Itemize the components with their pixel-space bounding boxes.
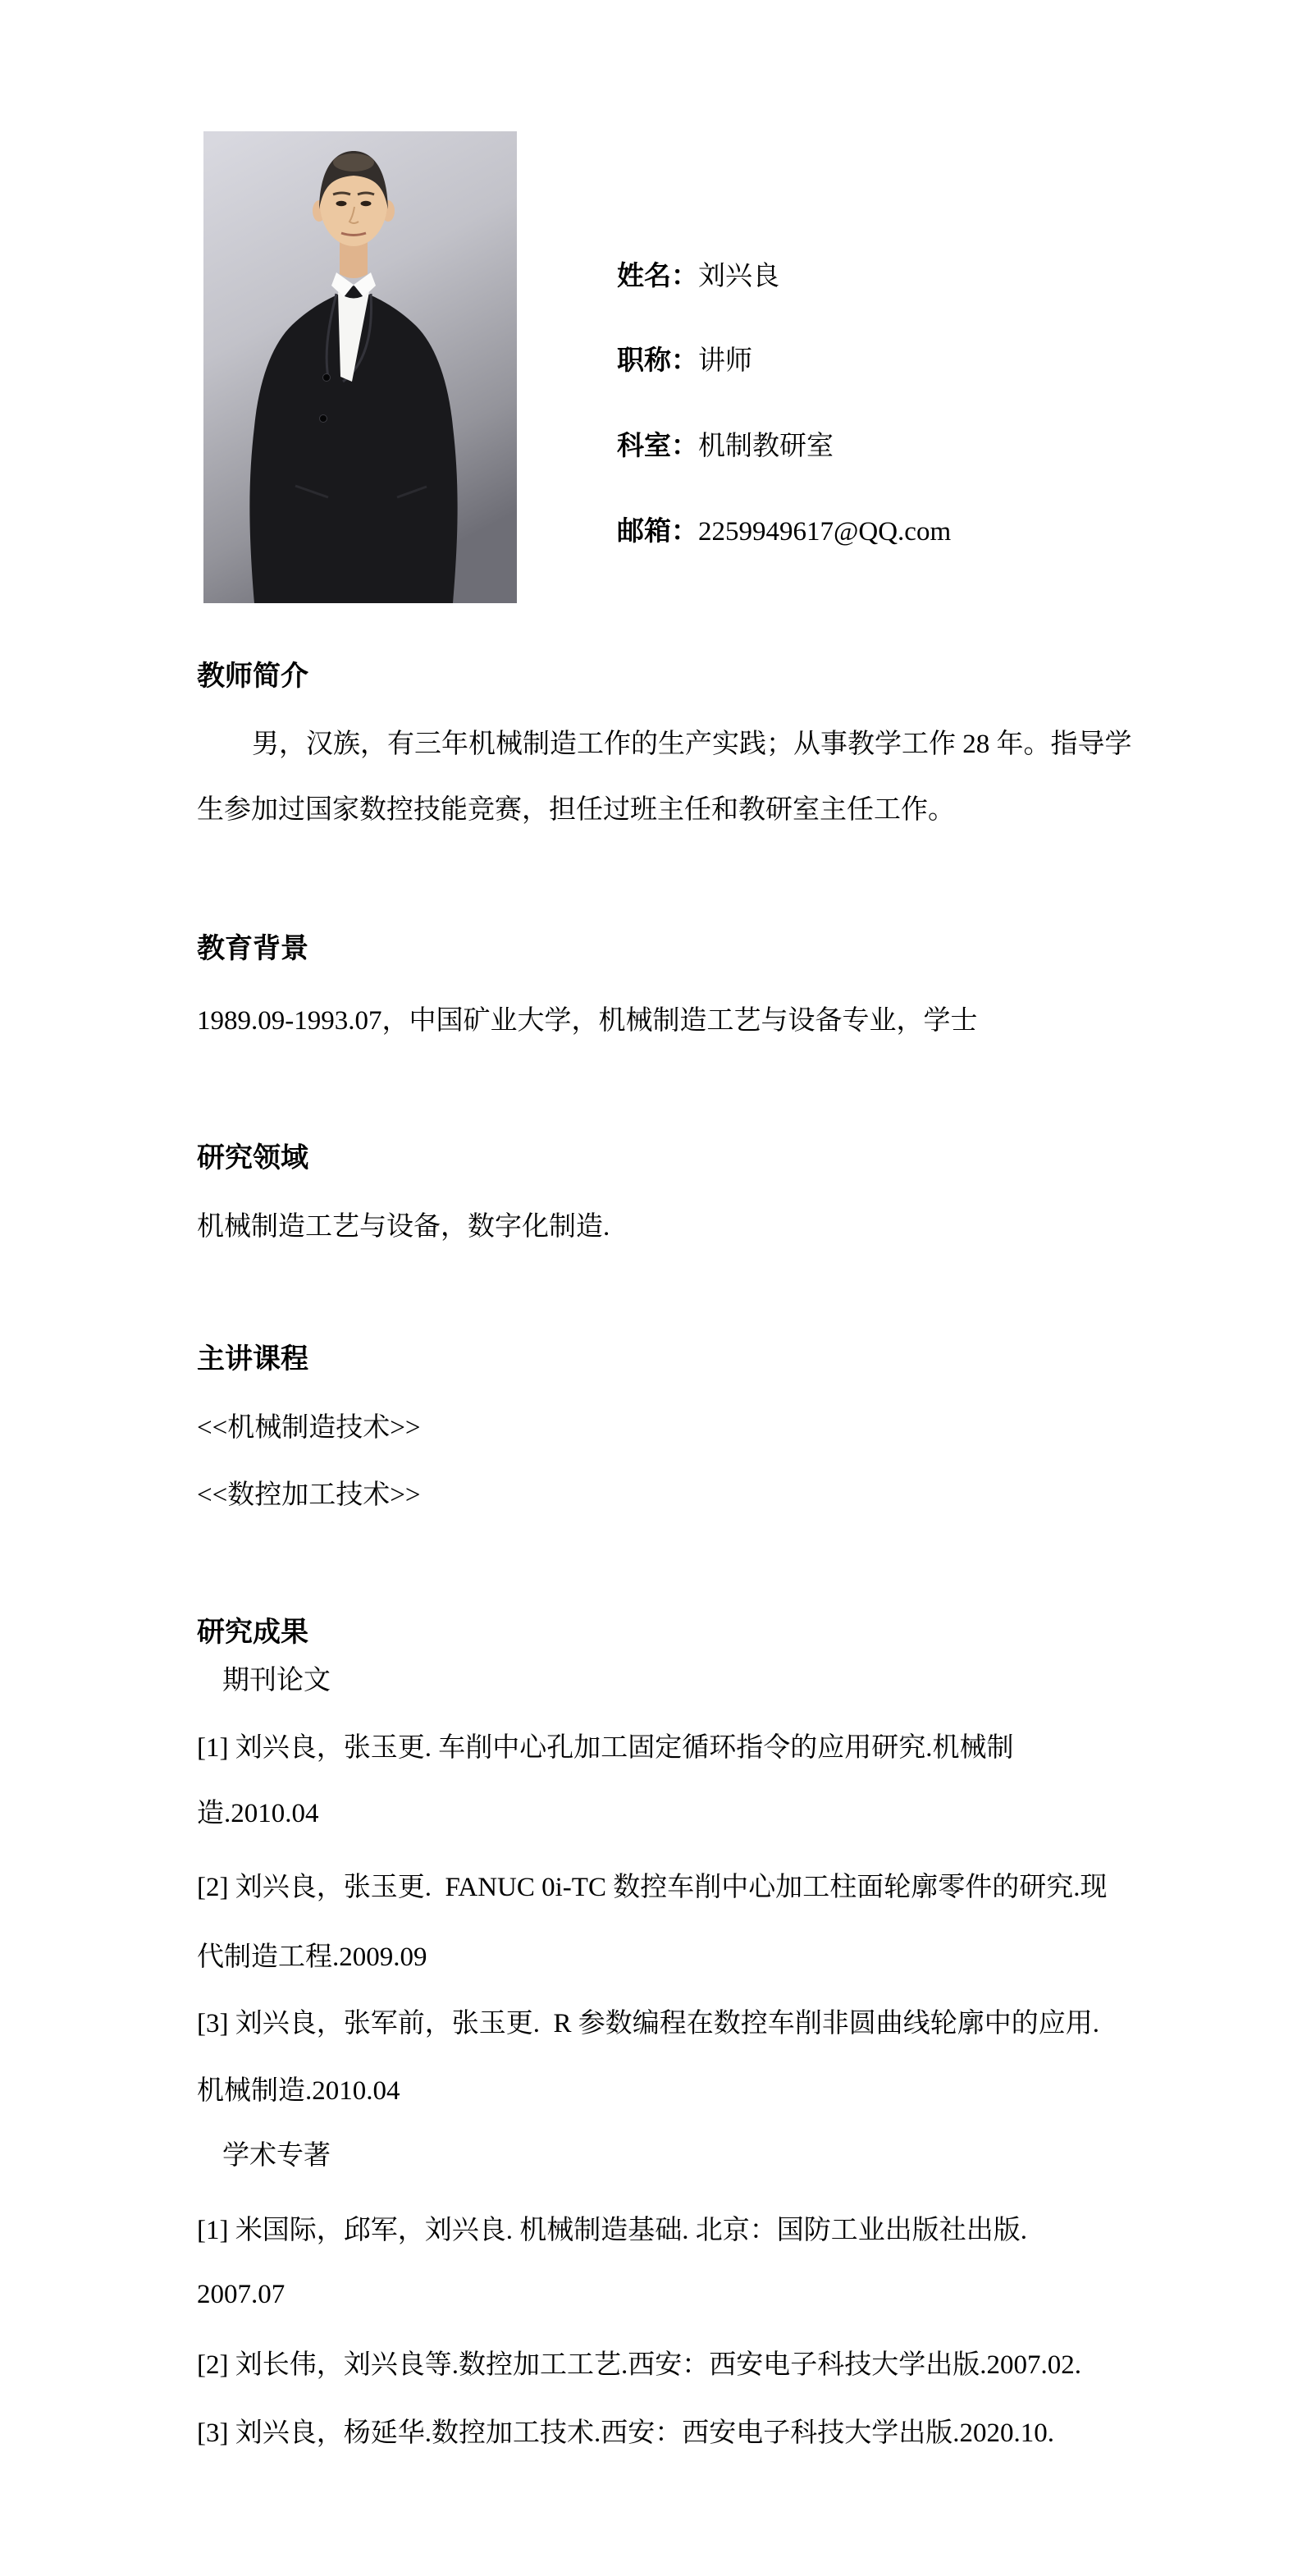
name-separator: ： (671, 262, 698, 291)
book-1-line-1: [1] 米国际，邱军，刘兴良. 机械制造基础. 北京：国防工业出版社出版. (197, 2198, 1027, 2263)
journal-paper-1-line-1: [1] 刘兴良，张玉更. 车削中心孔加工固定循环指令的应用研究.机械制 (197, 1715, 1013, 1781)
title-label: 职称 (617, 346, 671, 376)
journal-paper-2-line-1: [2] 刘兴良，张玉更. FANUC 0i-TC 数控车削中心加工柱面轮廓零件的… (197, 1855, 1107, 1920)
title-value: 讲师 (698, 346, 752, 376)
section-title-intro: 教师简介 (197, 644, 308, 710)
eye-right (361, 201, 372, 206)
teacher-portrait-photo (203, 131, 517, 603)
name-label: 姓名 (617, 262, 671, 291)
teacher-profile-page: 姓名：刘兴良 职称：讲师 科室：机制教研室 邮箱：2259949617@QQ.c… (0, 0, 1302, 2576)
section-title-research: 研究领域 (197, 1126, 308, 1192)
book-3-line-1: [3] 刘兴良，杨延华.数控加工技术.西安：西安电子科技大学出版.2020.10… (197, 2400, 1054, 2466)
education-line-1: 1989.09-1993.07，中国矿业大学，机械制造工艺与设备专业，学士 (197, 988, 978, 1054)
research-line-1: 机械制造工艺与设备，数字化制造. (197, 1194, 610, 1260)
portrait-illustration (203, 131, 517, 603)
course-line-1: <<机械制造技术>> (197, 1395, 420, 1461)
info-row-title: 职称：讲师 (617, 328, 752, 394)
journal-paper-2-line-2: 代制造工程.2009.09 (197, 1924, 427, 1990)
book-1-line-2: 2007.07 (197, 2262, 285, 2327)
email-separator: ： (671, 517, 698, 547)
intro-line-2: 生参加过国家数控技能竞赛，担任过班主任和教研室主任工作。 (197, 777, 955, 843)
info-row-name: 姓名：刘兴良 (617, 244, 779, 309)
course-line-2: <<数控加工技术>> (197, 1462, 420, 1528)
name-value: 刘兴良 (698, 262, 779, 291)
journal-paper-3-line-2: 机械制造.2010.04 (197, 2058, 400, 2124)
department-label: 科室 (617, 432, 671, 461)
suit-button-top (323, 374, 331, 382)
journal-paper-1-line-2: 造.2010.04 (197, 1781, 319, 1846)
section-title-education: 教育背景 (197, 917, 308, 982)
eye-left (336, 201, 347, 206)
department-separator: ： (671, 432, 698, 461)
suit-button-bottom (320, 415, 327, 423)
department-value: 机制教研室 (698, 432, 834, 461)
subsection-journal-papers: 期刊论文 (222, 1648, 331, 1714)
email-value: 2259949617@QQ.com (698, 517, 951, 547)
journal-paper-3-line-1: [3] 刘兴良，张军前，张玉更. R 参数编程在数控车削非圆曲线轮廓中的应用. (197, 1991, 1099, 2057)
title-separator: ： (671, 346, 698, 376)
thinning-crown (333, 153, 374, 172)
subsection-books: 学术专著 (222, 2123, 331, 2189)
book-2-line-1: [2] 刘长伟，刘兴良等.数控加工工艺.西安：西安电子科技大学出版.2007.0… (197, 2332, 1081, 2398)
email-label: 邮箱 (617, 517, 671, 547)
info-row-email: 邮箱：2259949617@QQ.com (617, 499, 951, 565)
section-title-courses: 主讲课程 (197, 1327, 308, 1393)
intro-line-1: 男，汉族，有三年机械制造工作的生产实践；从事教学工作 28 年。指导学 (252, 711, 1132, 777)
info-row-department: 科室：机制教研室 (617, 414, 834, 479)
